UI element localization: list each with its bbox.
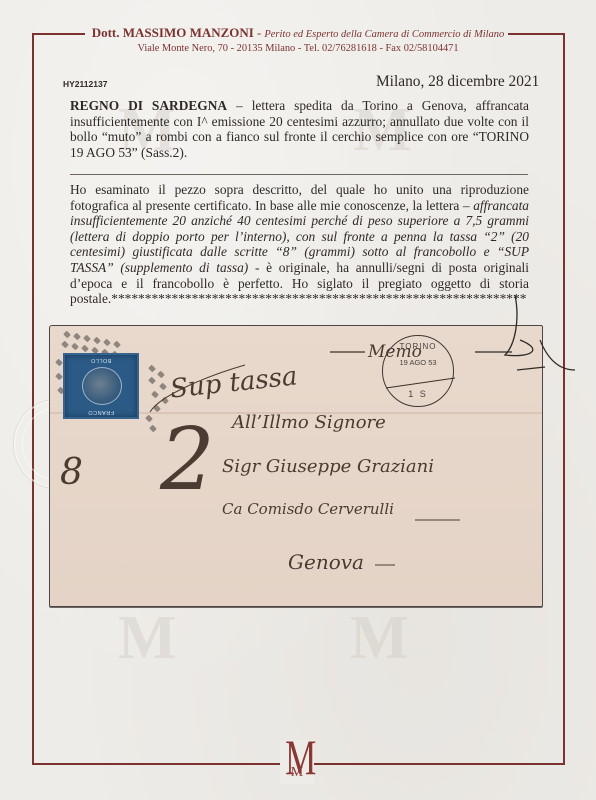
frame-left	[32, 33, 34, 764]
stamp-top-text: BOLLO	[65, 357, 137, 363]
frame-right	[563, 33, 565, 764]
expert-role: Perito ed Esperto della Camera di Commer…	[264, 29, 504, 40]
section-divider	[70, 174, 528, 175]
certificate-date: Milano, 28 dicembre 2021	[376, 73, 539, 91]
address-line-4: Genova	[288, 550, 364, 574]
postage-stamp: BOLLO FRANCO	[63, 353, 139, 419]
certificate-header: Dott. MASSIMO MANZONI - Perito ed Espert…	[0, 25, 596, 56]
watermark-m: M	[350, 607, 407, 669]
monogram-small-m: M	[290, 766, 304, 780]
postmark-time: 1 S	[383, 389, 453, 399]
stamp-bottom-text: FRANCO	[65, 409, 137, 415]
header-separator: -	[254, 26, 265, 40]
expert-name: Dott. MASSIMO MANZONI	[92, 25, 254, 40]
handwritten-tax-2: 2	[160, 410, 215, 510]
address-line-2: Sigr Giuseppe Graziani	[222, 456, 434, 477]
address-line-3: Ca Comisdo Cerverulli	[222, 500, 394, 518]
item-description: REGNO DI SARDEGNA – lettera spedita da T…	[70, 98, 529, 160]
handwritten-mark-8: 8	[60, 452, 83, 493]
opinion-intro: Ho esaminato il pezzo sopra descritto, d…	[70, 182, 529, 213]
frame-bottom-right	[314, 763, 565, 765]
expert-opinion: Ho esaminato il pezzo sopra descritto, d…	[70, 182, 529, 307]
handwritten-note: Memo	[368, 342, 422, 362]
manzoni-monogram-logo: M M	[280, 740, 314, 784]
expert-title-line: Dott. MASSIMO MANZONI - Perito ed Espert…	[0, 25, 596, 42]
stamp-portrait	[82, 367, 122, 405]
address-line-1: All’Illmo Signore	[232, 412, 386, 433]
watermark-m: M	[118, 607, 175, 669]
expert-address: Viale Monte Nero, 70 - 20135 Milano - Te…	[0, 42, 596, 56]
description-title: REGNO DI SARDEGNA	[70, 98, 227, 113]
certificate-number: HY2112137	[63, 79, 107, 89]
frame-bottom-left	[32, 763, 280, 765]
